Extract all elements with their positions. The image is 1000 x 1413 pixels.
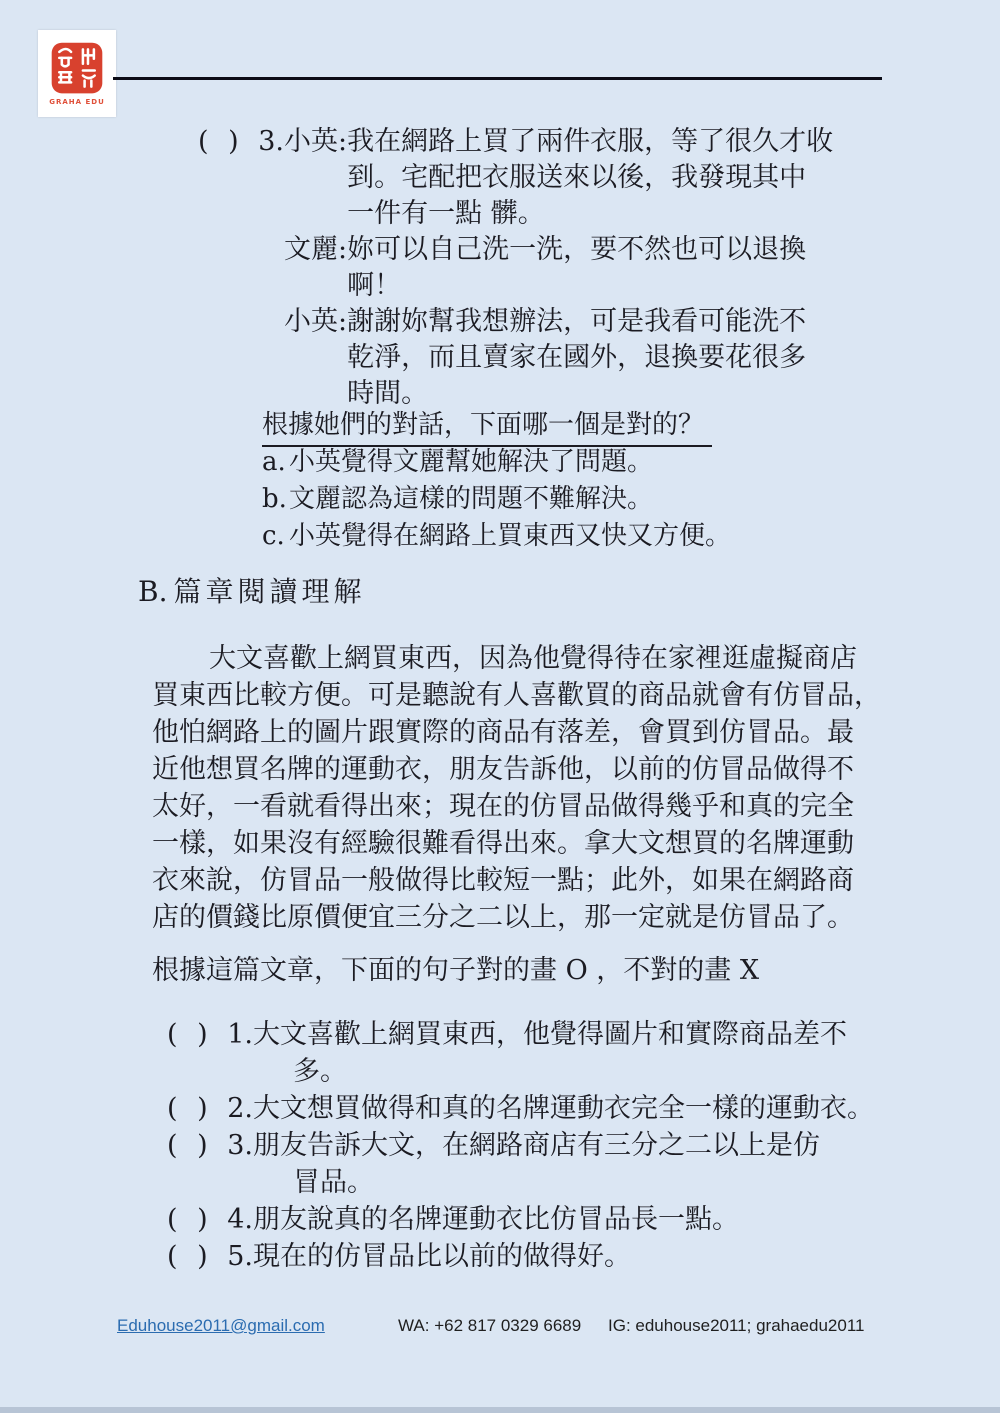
answer-blank-2[interactable]: ( ) 2. xyxy=(167,1090,253,1127)
statement-5: ( ) 5. 現在的仿冒品比以前的做得好。 xyxy=(167,1238,897,1275)
statement-line: 朋友說真的名牌運動衣比仿冒品長一點。 xyxy=(253,1201,897,1238)
section-b-label: B. xyxy=(138,575,167,608)
true-false-instruction: 根據這篇文章，下面的句子對的畫 O ，不對的畫 X xyxy=(152,948,759,987)
speech-line: 乾淨，而且賣家在國外，退換要花很多 xyxy=(347,340,898,376)
passage-line: 店的價錢比原價便宜三分之二以上，那一定就是仿冒品了。 xyxy=(152,899,892,936)
statement-4-text: 朋友說真的名牌運動衣比仿冒品長一點。 xyxy=(253,1201,897,1238)
dialogue-row: ( ) 3. 小英: 我在網路上買了兩件衣服，等了很久才收 到。宅配把衣服送來以… xyxy=(198,124,898,232)
statement-list: ( ) 1. 大文喜歡上網買東西，他覺得圖片和實際商品差不 多。 ( ) 2. … xyxy=(167,1016,897,1275)
statement-5-text: 現在的仿冒品比以前的做得好。 xyxy=(253,1238,897,1275)
speech-wenli: 妳可以自己洗一洗，要不然也可以退換 啊！ xyxy=(347,232,898,304)
statement-line: 現在的仿冒品比以前的做得好。 xyxy=(253,1238,897,1275)
speech-xiaoying-1: 我在網路上買了兩件衣服，等了很久才收 到。宅配把衣服送來以後，我發現其中 一件有… xyxy=(347,124,898,232)
worksheet-page: GRAHA EDU ( ) 3. 小英: 我在網路上買了兩件衣服，等了很久才收 … xyxy=(0,0,1000,1413)
footer-whatsapp: WA: +62 817 0329 6689 xyxy=(398,1316,581,1336)
passage-line: 衣來說，仿冒品一般做得比較短一點；此外，如果在網路商 xyxy=(152,862,892,899)
q3-question-heading: 根據她們的對話，下面哪一個是對的？ xyxy=(262,404,712,441)
footer: Eduhouse2011@gmail.com WA: +62 817 0329 … xyxy=(0,1316,1000,1346)
speech-xiaoying-2: 謝謝妳幫我想辦法，可是我看可能洗不 乾淨，而且賣家在國外，退換要花很多 時間。 xyxy=(347,304,898,412)
passage-line: 近他想買名牌的運動衣，朋友告訴他，以前的仿冒品做得不 xyxy=(152,751,892,788)
speech-line: 啊！ xyxy=(347,268,898,304)
statement-line: 大文想買做得和真的名牌運動衣完全一樣的運動衣。 xyxy=(253,1090,897,1127)
statement-1: ( ) 1. 大文喜歡上網買東西，他覺得圖片和實際商品差不 多。 xyxy=(167,1016,897,1090)
statement-line: 多。 xyxy=(293,1053,897,1090)
option-b-text: 文麗認為這樣的問題不難解決。 xyxy=(289,481,653,518)
statement-1-text: 大文喜歡上網買東西，他覺得圖片和實際商品差不 多。 xyxy=(253,1016,897,1090)
speech-line: 謝謝妳幫我想辦法，可是我看可能洗不 xyxy=(347,304,898,340)
passage-line: 買東西比較方便。可是聽說有人喜歡買的商品就會有仿冒品， xyxy=(152,677,892,714)
reading-passage: 大文喜歡上網買東西，因為他覺得待在家裡逛虛擬商店 買東西比較方便。可是聽說有人喜… xyxy=(152,640,892,936)
answer-blank-q3[interactable]: ( ) 3. xyxy=(198,124,284,160)
q3-question-text: 根據她們的對話，下面哪一個是對的？ xyxy=(262,410,712,447)
speech-line: 妳可以自己洗一洗，要不然也可以退換 xyxy=(347,232,898,268)
question-3-dialogue: ( ) 3. 小英: 我在網路上買了兩件衣服，等了很久才收 到。宅配把衣服送來以… xyxy=(198,124,898,412)
statement-3-text: 朋友告訴大文，在網路商店有三分之二以上是仿 冒品。 xyxy=(253,1127,897,1201)
speaker-xiaoying: 小英: xyxy=(284,124,347,160)
statement-2: ( ) 2. 大文想買做得和真的名牌運動衣完全一樣的運動衣。 xyxy=(167,1090,897,1127)
speaker-wenli: 文麗: xyxy=(284,232,347,268)
statement-line: 朋友告訴大文，在網路商店有三分之二以上是仿 xyxy=(253,1127,897,1164)
answer-blank-3[interactable]: ( ) 3. xyxy=(167,1127,253,1164)
statement-3: ( ) 3. 朋友告訴大文，在網路商店有三分之二以上是仿 冒品。 xyxy=(167,1127,897,1201)
statement-2-text: 大文想買做得和真的名牌運動衣完全一樣的運動衣。 xyxy=(253,1090,897,1127)
passage-line: 大文喜歡上網買東西，因為他覺得待在家裡逛虛擬商店 xyxy=(152,640,892,677)
passage-line: 一樣，如果沒有經驗很難看得出來。拿大文想買的名牌運動 xyxy=(152,825,892,862)
footer-instagram: IG: eduhouse2011; grahaedu2011 xyxy=(608,1316,864,1336)
answer-blank-1[interactable]: ( ) 1. xyxy=(167,1016,253,1053)
red-seal-stamp-icon xyxy=(50,41,104,95)
option-c-text: 小英覺得在網路上買東西又快又方便。 xyxy=(289,518,731,555)
section-b-heading: B.篇章閱讀理解 xyxy=(138,570,366,610)
option-b-label: b. xyxy=(262,481,289,518)
speaker-xiaoying: 小英: xyxy=(284,304,347,340)
option-b[interactable]: b. 文麗認為這樣的問題不難解決。 xyxy=(262,481,731,518)
header-divider-rule xyxy=(113,77,882,80)
speech-line: 一件有一點 髒。 xyxy=(347,196,898,232)
speech-line: 我在網路上買了兩件衣服，等了很久才收 xyxy=(347,124,898,160)
answer-blank-5[interactable]: ( ) 5. xyxy=(167,1238,253,1275)
statement-line: 大文喜歡上網買東西，他覺得圖片和實際商品差不 xyxy=(253,1016,897,1053)
option-c-label: c. xyxy=(262,518,289,555)
dialogue-row: 小英: 謝謝妳幫我想辦法，可是我看可能洗不 乾淨，而且賣家在國外，退換要花很多 … xyxy=(198,304,898,412)
footer-email-link[interactable]: Eduhouse2011@gmail.com xyxy=(117,1316,325,1336)
section-b-title: 篇章閱讀理解 xyxy=(173,575,365,608)
q3-options: a. 小英覺得文麗幫她解決了問題。 b. 文麗認為這樣的問題不難解決。 c. 小… xyxy=(262,444,731,555)
dialogue-row: 文麗: 妳可以自己洗一洗，要不然也可以退換 啊！ xyxy=(198,232,898,304)
page-bottom-edge xyxy=(0,1407,1000,1413)
passage-line: 他怕網路上的圖片跟實際的商品有落差，會買到仿冒品。最 xyxy=(152,714,892,751)
option-a-text: 小英覺得文麗幫她解決了問題。 xyxy=(289,444,653,481)
logo-brand-text: GRAHA EDU xyxy=(49,98,105,106)
option-a-label: a. xyxy=(262,444,289,481)
speech-line: 到。宅配把衣服送來以後，我發現其中 xyxy=(347,160,898,196)
option-a[interactable]: a. 小英覺得文麗幫她解決了問題。 xyxy=(262,444,731,481)
graha-edu-logo: GRAHA EDU xyxy=(38,30,116,117)
answer-blank-4[interactable]: ( ) 4. xyxy=(167,1201,253,1238)
statement-line: 冒品。 xyxy=(293,1164,897,1201)
statement-4: ( ) 4. 朋友說真的名牌運動衣比仿冒品長一點。 xyxy=(167,1201,897,1238)
option-c[interactable]: c. 小英覺得在網路上買東西又快又方便。 xyxy=(262,518,731,555)
passage-line: 太好，一看就看得出來；現在的仿冒品做得幾乎和真的完全 xyxy=(152,788,892,825)
